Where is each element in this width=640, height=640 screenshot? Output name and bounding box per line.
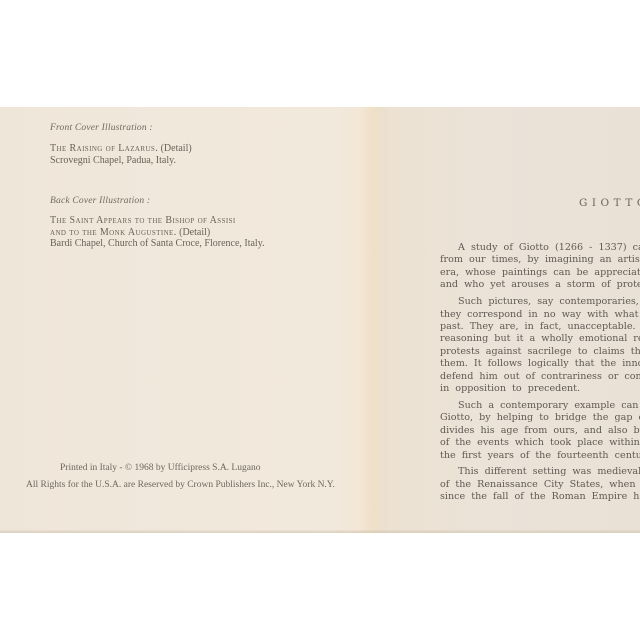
body-line: since the fall of the Roman Empire had f…	[440, 491, 640, 503]
body-line: reasoning but it a wholly emotional reac…	[440, 333, 640, 345]
back-cover-label: Back Cover Illustration :	[50, 196, 150, 206]
imprint-printed: Printed in Italy - © 1968 by Ufficipress…	[60, 462, 260, 475]
body-line: era, whose paintings can be appreciated …	[440, 267, 640, 279]
front-cover-caption: The Raising of Lazarus. (Detail) Scroveg…	[50, 143, 192, 166]
body-line: of the Renaissance City States, when it …	[440, 479, 640, 491]
body-line: defend him out of contrariness or convic…	[440, 371, 640, 383]
body-line: they correspond in no way with what one …	[440, 309, 640, 321]
back-cover-title-line-2-row: and to the Monk Augustine. (Detail)	[50, 227, 265, 239]
running-head: GIOTTO	[579, 197, 640, 209]
back-cover-title-line-2: and to the Monk Augustine.	[50, 227, 177, 238]
body-line: protests against sacrilege to claims tha…	[440, 346, 640, 358]
imprint-rights: All Rights for the U.S.A. are Reserved b…	[26, 479, 335, 492]
back-cover-detail: (Detail)	[179, 227, 210, 238]
front-cover-label: Front Cover Illustration :	[50, 123, 153, 133]
right-page: GIOTTO A study of Giotto (1266 - 1337) c…	[420, 107, 640, 533]
book-spread: Front Cover Illustration : The Raising o…	[0, 107, 640, 533]
body-paragraph: Such a contemporary example can provide …	[440, 400, 640, 462]
body-line: in opposition to precedent.	[440, 383, 640, 395]
front-cover-location: Scrovegni Chapel, Padua, Italy.	[50, 155, 192, 167]
back-cover-location: Bardi Chapel, Church of Santa Croce, Flo…	[50, 238, 265, 250]
body-line: of the events which took place within a …	[440, 437, 640, 449]
body-line: divides his age from ours, and also by g…	[440, 425, 640, 437]
front-cover-title-text: The Raising of Lazarus.	[50, 143, 158, 154]
body-text: A study of Giotto (1266 - 1337) can best…	[440, 242, 640, 508]
body-paragraph: Such pictures, say contemporaries, by ta…	[440, 296, 640, 395]
body-line: Giotto, by helping to bridge the gap of …	[440, 412, 640, 424]
front-cover-title: The Raising of Lazarus. (Detail)	[50, 143, 192, 155]
body-line: and who yet arouses a storm of protest o…	[440, 279, 640, 291]
body-line: This different setting was medieval Ital…	[440, 466, 640, 478]
front-cover-detail: (Detail)	[161, 143, 192, 154]
body-line: Such a contemporary example can provide …	[440, 400, 640, 412]
body-paragraph: This different setting was medieval Ital…	[440, 466, 640, 503]
body-line: the first years of the fourteenth centur…	[440, 450, 640, 462]
body-line: A study of Giotto (1266 - 1337) can best…	[440, 242, 640, 254]
body-paragraph: A study of Giotto (1266 - 1337) can best…	[440, 242, 640, 292]
body-line: from our times, by imagining an artist b…	[440, 254, 640, 266]
back-cover-caption: The Saint Appears to the Bishop of Assis…	[50, 215, 265, 250]
body-line: them. It follows logically that the inno…	[440, 358, 640, 370]
body-line: Such pictures, say contemporaries, by ta…	[440, 296, 640, 308]
back-cover-title-line-1: The Saint Appears to the Bishop of Assis…	[50, 215, 265, 227]
left-page: Front Cover Illustration : The Raising o…	[0, 107, 372, 533]
body-line: past. They are, in fact, unacceptable. T…	[440, 321, 640, 333]
